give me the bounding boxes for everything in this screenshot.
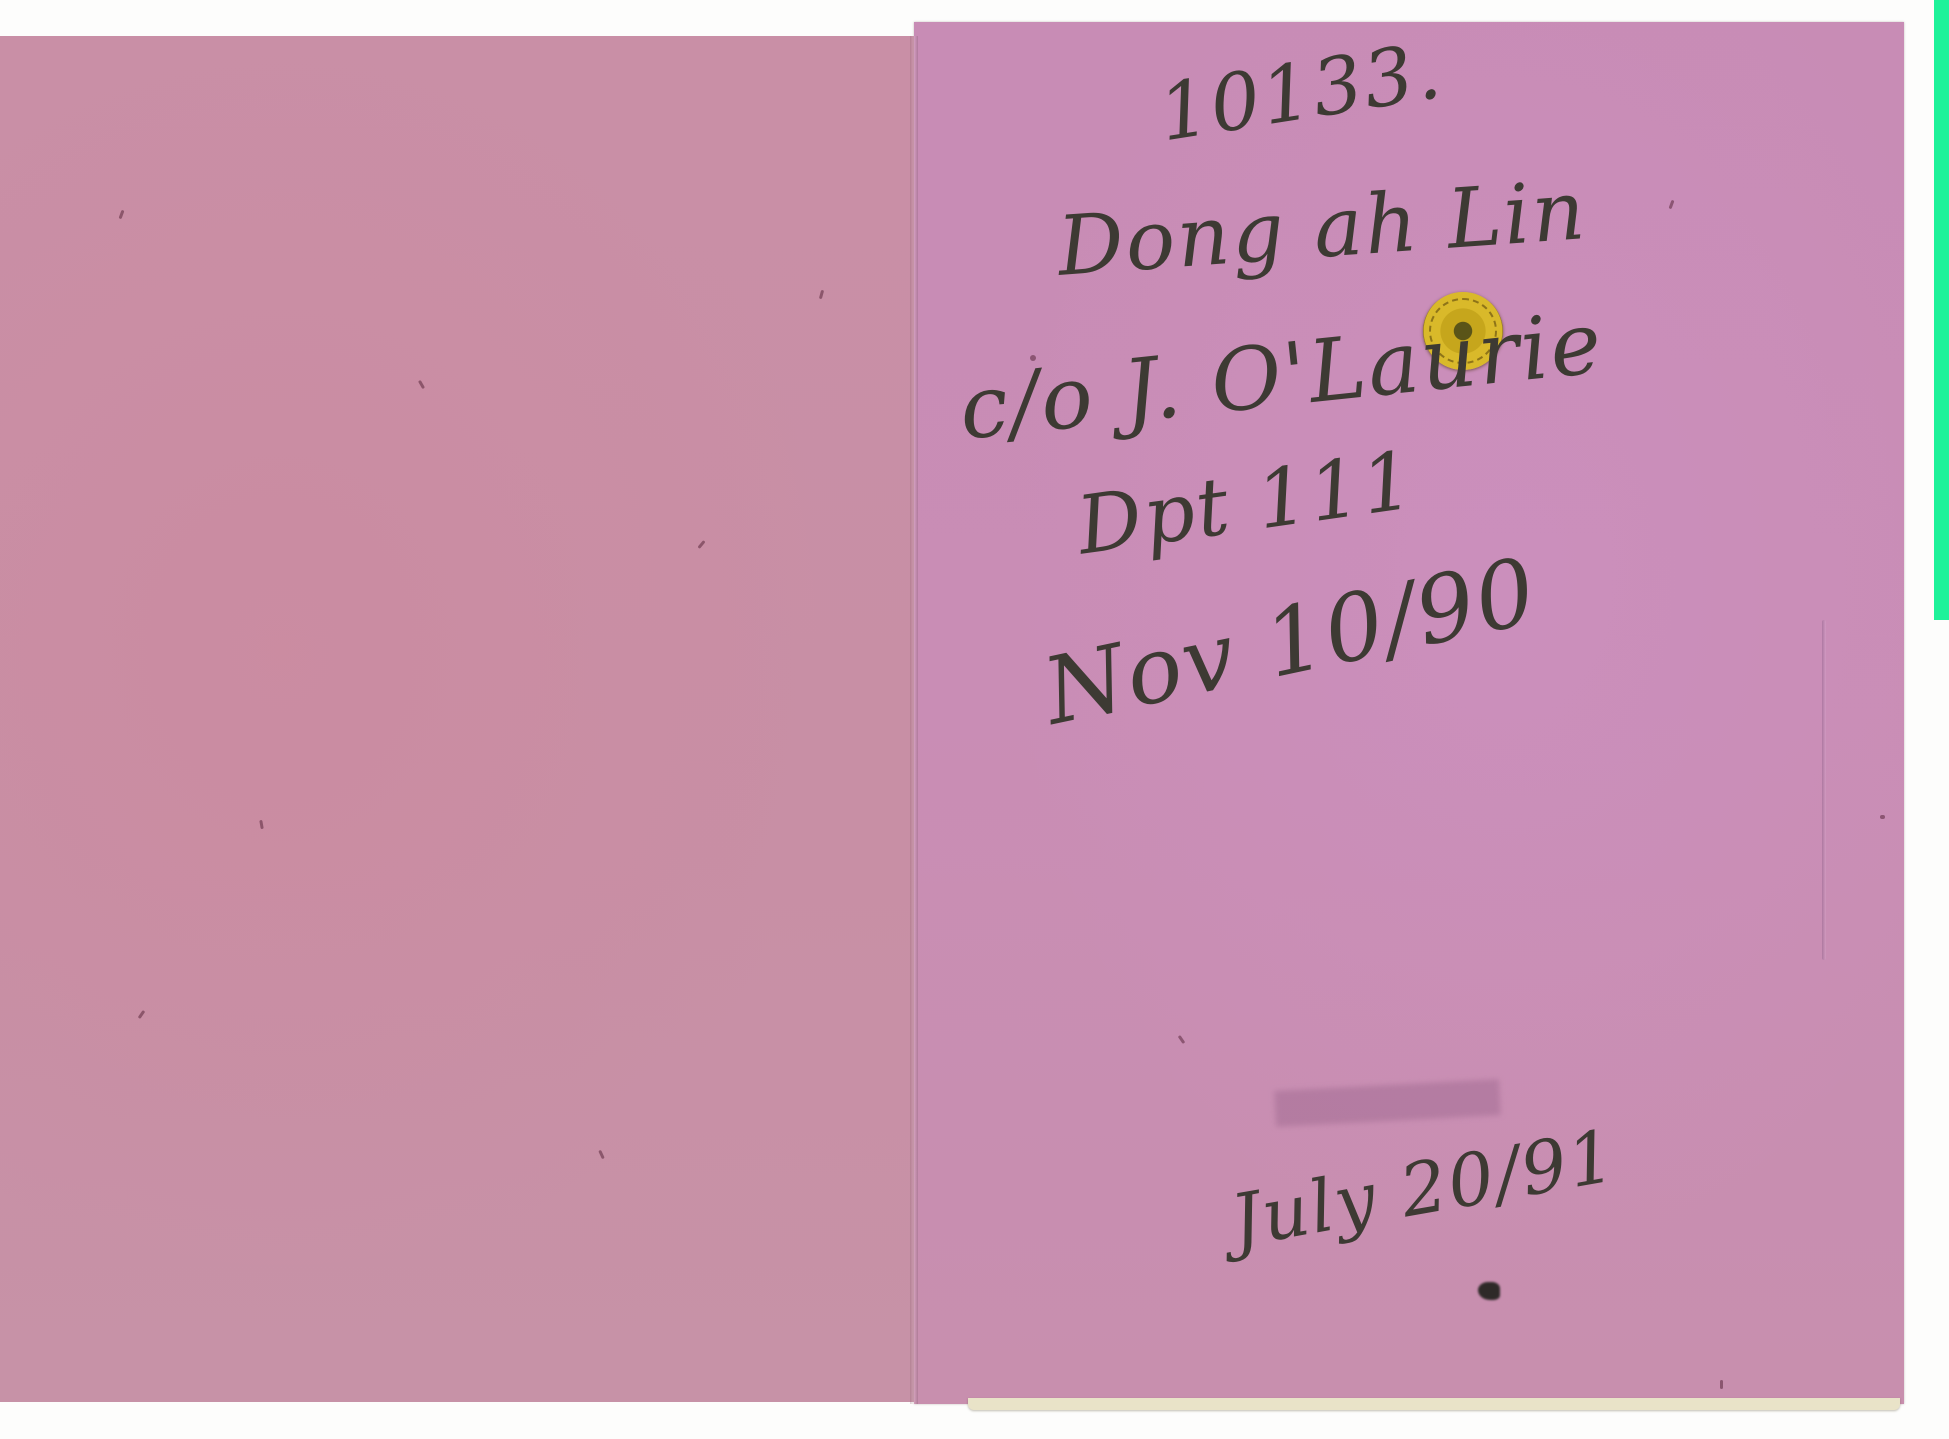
booklet-spine: [910, 36, 918, 1404]
page-stack-edge: [968, 1398, 1900, 1410]
scanner-edge-stripe: [1934, 0, 1949, 620]
paper-speck: [1880, 815, 1885, 819]
ink-blot: [1478, 1282, 1500, 1300]
left-cover-page: [0, 36, 936, 1402]
cover-crease: [1822, 620, 1826, 960]
paper-speck: [1720, 1380, 1723, 1389]
